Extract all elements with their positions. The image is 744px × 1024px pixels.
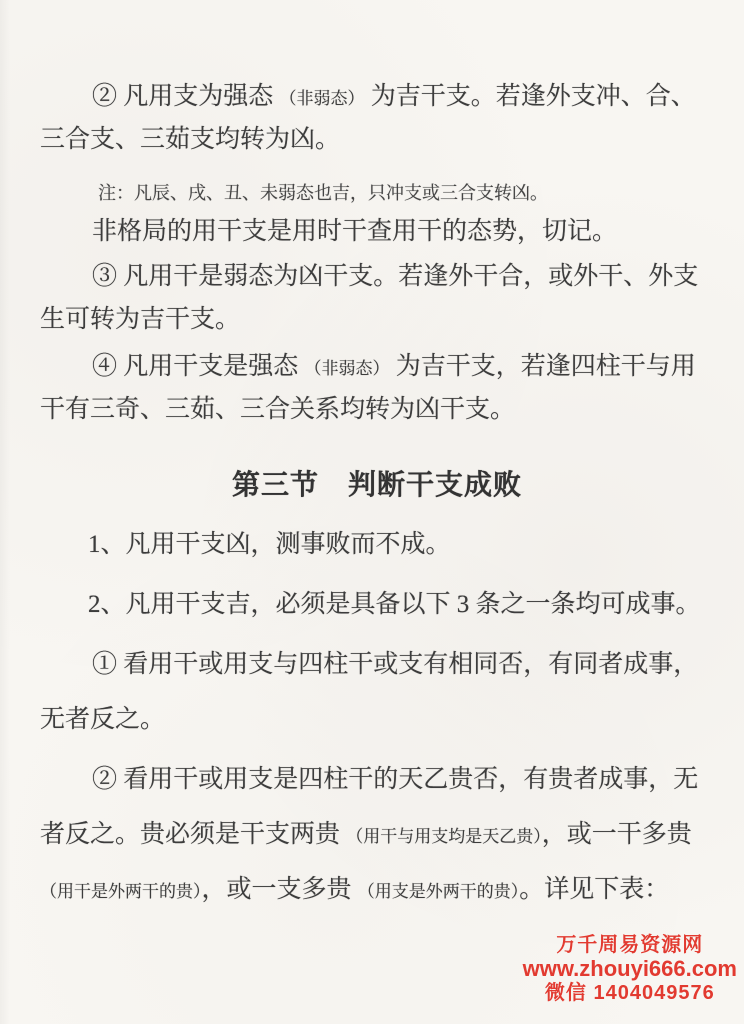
text-run: ④ 凡用干支是强态 [92, 353, 305, 380]
inline-note-text: （用干与用支均是天乙贵） [346, 827, 542, 846]
text-run: 。详见下表： [519, 876, 669, 903]
text-run: 无者反之。 [40, 706, 165, 733]
text-run: 为吉干支。若逢外支冲、合、 [365, 83, 696, 110]
text-run: 第三节 判断干支成败 [232, 470, 522, 501]
text-run: 生可转为吉干支。 [40, 306, 240, 333]
para-item4-line1: ④ 凡用干支是强态 （非弱态） 为吉干支，若逢四柱干与用 [40, 352, 714, 382]
text-run: ，或一支多贵 [202, 876, 358, 903]
watermark-url: www.zhouyi666.com [523, 957, 737, 981]
inline-note-text: （非弱态） [305, 359, 390, 378]
page-lines: ② 凡用支为强态 （非弱态） 为吉干支。若逢外支冲、合、三合支、三茹支均转为凶。… [0, 0, 744, 905]
para-item2-line2: 三合支、三茹支均转为凶。 [40, 125, 714, 155]
para-item4-line2: 干有三奇、三茹、三合关系均转为凶干支。 [40, 395, 714, 425]
rule1-line: 1、凡用干支凶，测事败而不成。 [40, 530, 714, 560]
text-run: 注：凡辰、戌、丑、未弱态也吉，只冲支或三合支转凶。 [98, 183, 548, 203]
watermark: 万千周易资源网 www.zhouyi666.com 微信 1404049576 [523, 933, 737, 1005]
text-run: ，或一干多贵 [542, 821, 692, 848]
para-item2-line1: ② 凡用支为强态 （非弱态） 为吉干支。若逢外支冲、合、 [40, 82, 714, 112]
text-run: 2、凡用干支吉，必须是具备以下 3 条之一条均可成事。 [88, 591, 701, 618]
watermark-wechat: 微信 1404049576 [523, 981, 737, 1005]
text-run: ③ 凡用干是弱态为凶干支。若逢外干合，或外干、外支 [92, 263, 698, 290]
text-run: ① 看用干或用支与四柱干或支有相同否，有同者成事， [92, 651, 698, 678]
cond2-line3: （用干是外两干的贵），或一支多贵 （用支是外两干的贵）。详见下表： [40, 875, 714, 905]
para-item3-line1: ③ 凡用干是弱态为凶干支。若逢外干合，或外干、外支 [40, 262, 714, 292]
watermark-site-name: 万千周易资源网 [523, 933, 737, 957]
para-item3-line2: 生可转为吉干支。 [40, 305, 714, 335]
note-line: 注：凡辰、戌、丑、未弱态也吉，只冲支或三合支转凶。 [40, 178, 714, 208]
text-run: ② 凡用支为强态 [92, 83, 280, 110]
text-run: 三合支、三茹支均转为凶。 [40, 126, 340, 153]
rule2-line: 2、凡用干支吉，必须是具备以下 3 条之一条均可成事。 [40, 590, 714, 620]
para-remark-line: 非格局的用干支是用时干查用干的态势，切记。 [40, 217, 714, 247]
inline-note-text: （用支是外两干的贵） [358, 882, 520, 901]
text-run: 者反之。贵必须是干支两贵 [40, 821, 346, 848]
cond2-line2: 者反之。贵必须是干支两贵 （用干与用支均是天乙贵），或一干多贵 [40, 820, 714, 850]
text-run: 为吉干支，若逢四柱干与用 [390, 353, 696, 380]
text-run: 干有三奇、三茹、三合关系均转为凶干支。 [40, 396, 515, 423]
cond1-line2: 无者反之。 [40, 705, 714, 735]
cond1-line1: ① 看用干或用支与四柱干或支有相同否，有同者成事， [40, 650, 714, 680]
text-run: 非格局的用干支是用时干查用干的态势，切记。 [92, 218, 617, 245]
text-run: ② 看用干或用支是四柱干的天乙贵否，有贵者成事，无 [92, 766, 698, 793]
inline-note-text: （非弱态） [280, 89, 365, 108]
cond2-line1: ② 看用干或用支是四柱干的天乙贵否，有贵者成事，无 [40, 765, 714, 795]
text-run: 1、凡用干支凶，测事败而不成。 [88, 531, 451, 558]
scanned-book-page: ② 凡用支为强态 （非弱态） 为吉干支。若逢外支冲、合、三合支、三茹支均转为凶。… [0, 0, 744, 1024]
section-heading: 第三节 判断干支成败 [40, 468, 714, 504]
inline-note-text: （用干是外两干的贵） [40, 882, 202, 901]
